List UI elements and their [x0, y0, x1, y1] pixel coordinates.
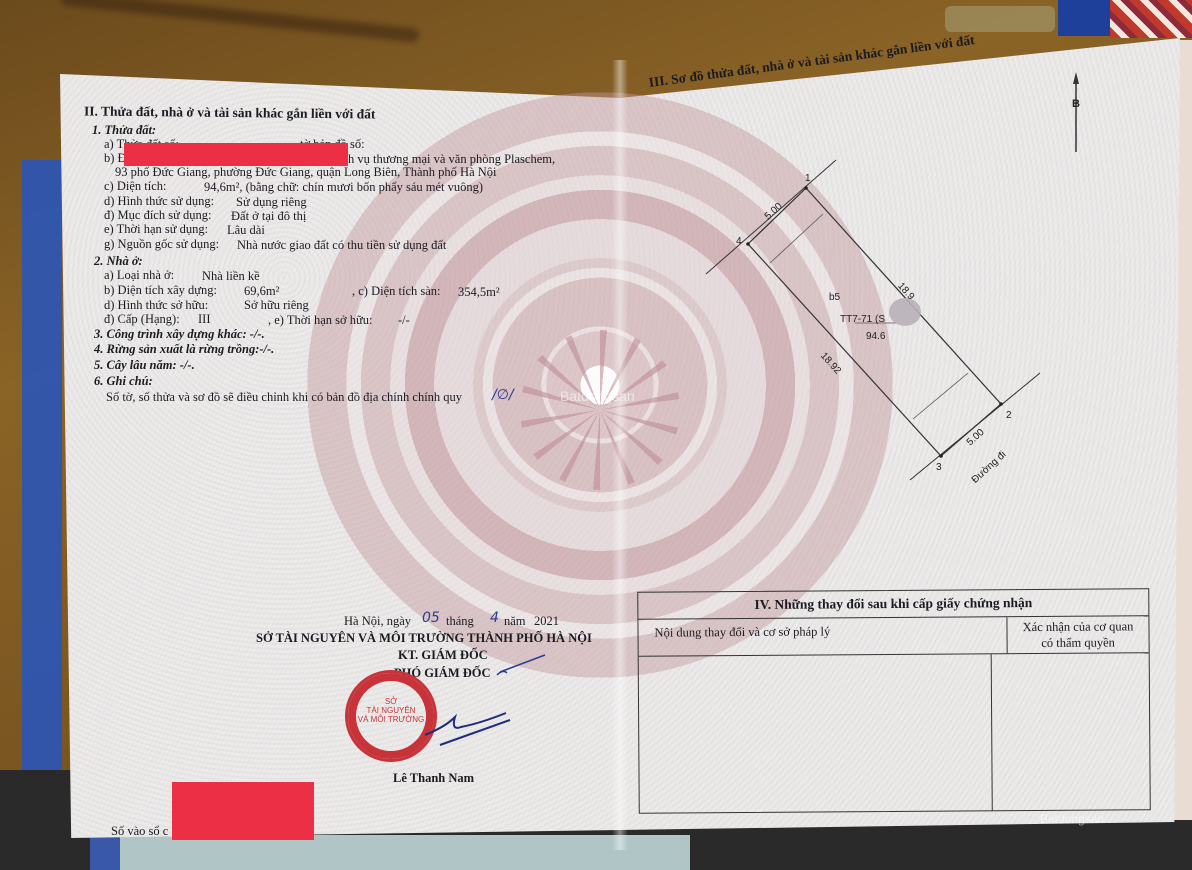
origin-value: Nhà nước giao đất có thu tiền sử dụng đấ… [237, 238, 446, 252]
seal-line-1: SỞ [348, 697, 434, 706]
ownership-term-label: , e) Thời hạn sở hữu: [268, 313, 372, 327]
usage-term-value: Lâu dài [227, 223, 265, 237]
column-authority-line-1: Xác nhận của cơ quan [1007, 618, 1148, 635]
ownership-term-value: -/- [398, 313, 410, 327]
registry-label: Số vào sổ c [111, 824, 168, 838]
vertex-3: 3 [936, 462, 942, 473]
column-authority-line-2: có thẩm quyền [1008, 634, 1149, 651]
redaction-block [172, 782, 314, 840]
build-area-label: b) Diện tích xây dựng: [104, 283, 217, 297]
floor-area-value: 354,5m² [458, 285, 500, 299]
watermark-text-corner: Batdongsan [1040, 812, 1104, 826]
plastic-sleeve [90, 835, 690, 870]
signer-name: Lê Thanh Nam [393, 771, 474, 785]
signer-role-1: KT. GIÁM ĐỐC [398, 648, 488, 662]
date-year-label: năm [504, 614, 526, 628]
wood-table-grain [60, 0, 419, 43]
vertex-4: 4 [736, 236, 742, 247]
date-day: 05 [422, 611, 440, 625]
vertex-1: 1 [805, 173, 811, 184]
patterned-cloth [1110, 0, 1192, 38]
planted-forest: 4. Rừng sản xuất là rừng trồng:-/-. [94, 342, 274, 356]
official-seal: SỞ TÀI NGUYÊN VÀ MÔI TRƯỜNG [345, 670, 437, 762]
changes-table-body [639, 653, 1150, 813]
keys-object [945, 6, 1055, 32]
parcel-id: TT7-71 (S [840, 314, 885, 325]
notes-heading: 6. Ghi chú: [94, 374, 153, 388]
parcel-area: 94.6 [866, 331, 885, 342]
ownership-label: d) Hình thức sở hữu: [104, 298, 208, 312]
date-prefix: Hà Nội, ngày [344, 614, 411, 628]
floor-area-label: , c) Diện tích sàn: [352, 284, 441, 298]
usage-term-label: e) Thời hạn sử dụng: [104, 222, 208, 236]
land-heading: 1. Thửa đất: [92, 123, 156, 137]
origin-label: g) Nguồn gốc sử dụng: [104, 237, 219, 251]
drum-star-icon [520, 330, 680, 490]
address-line-2: 93 phố Đức Giang, phường Đức Giang, quận… [115, 165, 497, 179]
changes-table: IV. Những thay đổi sau khi cấp giấy chứn… [637, 588, 1151, 814]
date-month-label: tháng [446, 614, 474, 628]
perennial-trees: 5. Cây lâu năm: -/-. [94, 358, 195, 372]
section-4-title: IV. Những thay đổi sau khi cấp giấy chứn… [638, 589, 1148, 620]
usage-form-value: Sử dụng riêng [236, 195, 307, 209]
vertex-2: 2 [1006, 410, 1012, 421]
issuing-agency: SỞ TÀI NGUYÊN VÀ MÔI TRƯỜNG THÀNH PHỐ HÀ… [256, 631, 592, 645]
column-change-content: Nội dung thay đổi và cơ sở pháp lý [638, 617, 1007, 656]
usage-form-label: d) Hình thức sử dụng: [104, 194, 214, 208]
watermark-text: Batdongsan [560, 388, 635, 404]
area-label: c) Diện tích: [104, 179, 166, 193]
handwritten-mark: /∅/ [492, 388, 514, 402]
block-label: b5 [829, 292, 840, 303]
redaction-block [124, 143, 348, 166]
center-fold [612, 60, 628, 850]
seal-line-2: TÀI NGUYÊN [348, 706, 434, 715]
changes-table-header: Nội dung thay đổi và cơ sở pháp lý Xác n… [638, 616, 1148, 657]
house-type-label: a) Loại nhà ở: [104, 268, 174, 282]
usage-purpose-label: đ) Mục đích sử dụng: [104, 208, 211, 222]
blue-object [1058, 0, 1112, 36]
usage-purpose-value: Đất ở tại đô thị [231, 209, 306, 223]
grade-value: III [198, 312, 211, 326]
date-month: 4 [490, 611, 499, 625]
changes-cell-content [639, 654, 993, 812]
address-text: h vụ thương mại và văn phòng Plaschem, [348, 152, 555, 166]
column-authority-confirmation: Xác nhận của cơ quan có thẩm quyền [1007, 616, 1148, 653]
ownership-value: Sở hữu riêng [244, 298, 309, 312]
seal-line-3: VÀ MÔI TRƯỜNG [348, 715, 434, 724]
grade-label: đ) Cấp (Hạng): [104, 312, 180, 326]
north-label: B [1072, 98, 1080, 110]
other-construction: 3. Công trình xây dựng khác: -/-. [94, 327, 265, 341]
build-area-value: 69,6m² [244, 284, 279, 298]
house-type-value: Nhà liền kề [202, 269, 260, 283]
area-value: 94,6m², (bằng chữ: chín mươi bốn phẩy sá… [204, 180, 483, 194]
blue-folder-edge [22, 160, 62, 770]
notes-text: Số tờ, số thửa và sơ đồ sẽ điều chỉnh kh… [106, 390, 462, 404]
date-year: 2021 [534, 614, 559, 628]
house-heading: 2. Nhà ở: [94, 254, 143, 268]
